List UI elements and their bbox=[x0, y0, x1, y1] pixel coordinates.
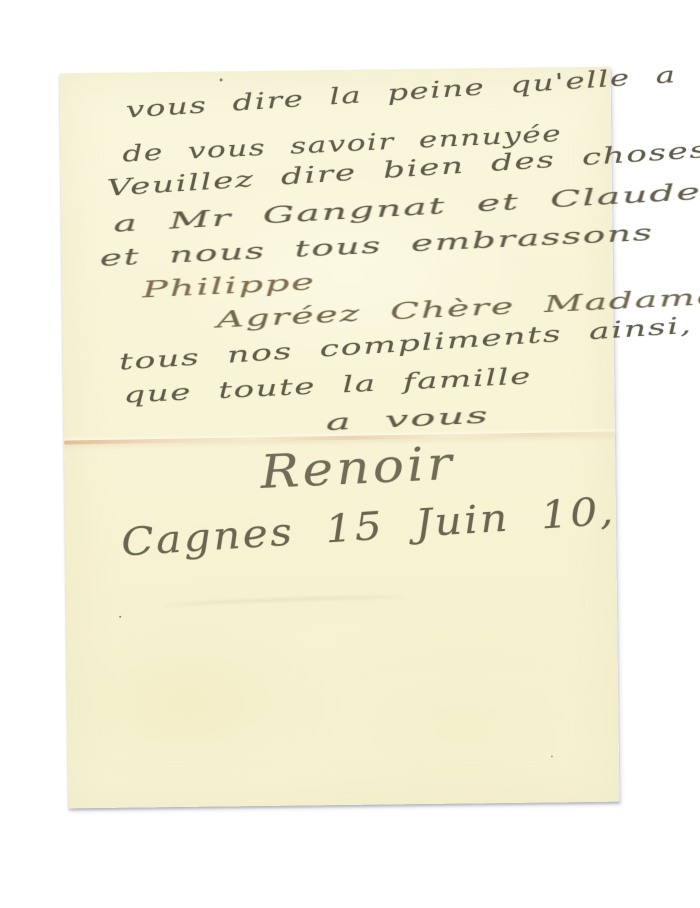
dust-speck bbox=[119, 616, 121, 618]
letter-line: a vous bbox=[325, 403, 490, 436]
ink-showthrough-smudge bbox=[162, 595, 406, 613]
letter-line: vous dire la peine qu'elle a bbox=[125, 63, 677, 124]
dust-speck bbox=[551, 755, 553, 757]
dust-speck bbox=[220, 78, 223, 81]
scan-background: vous dire la peine qu'elle a de vous sav… bbox=[0, 0, 700, 908]
letter-line: Philippe bbox=[142, 270, 317, 303]
signature: Renoir bbox=[259, 436, 456, 499]
letter-paper: vous dire la peine qu'elle a de vous sav… bbox=[60, 67, 620, 809]
dateline: Cagnes 15 Juin 10, bbox=[120, 489, 617, 565]
